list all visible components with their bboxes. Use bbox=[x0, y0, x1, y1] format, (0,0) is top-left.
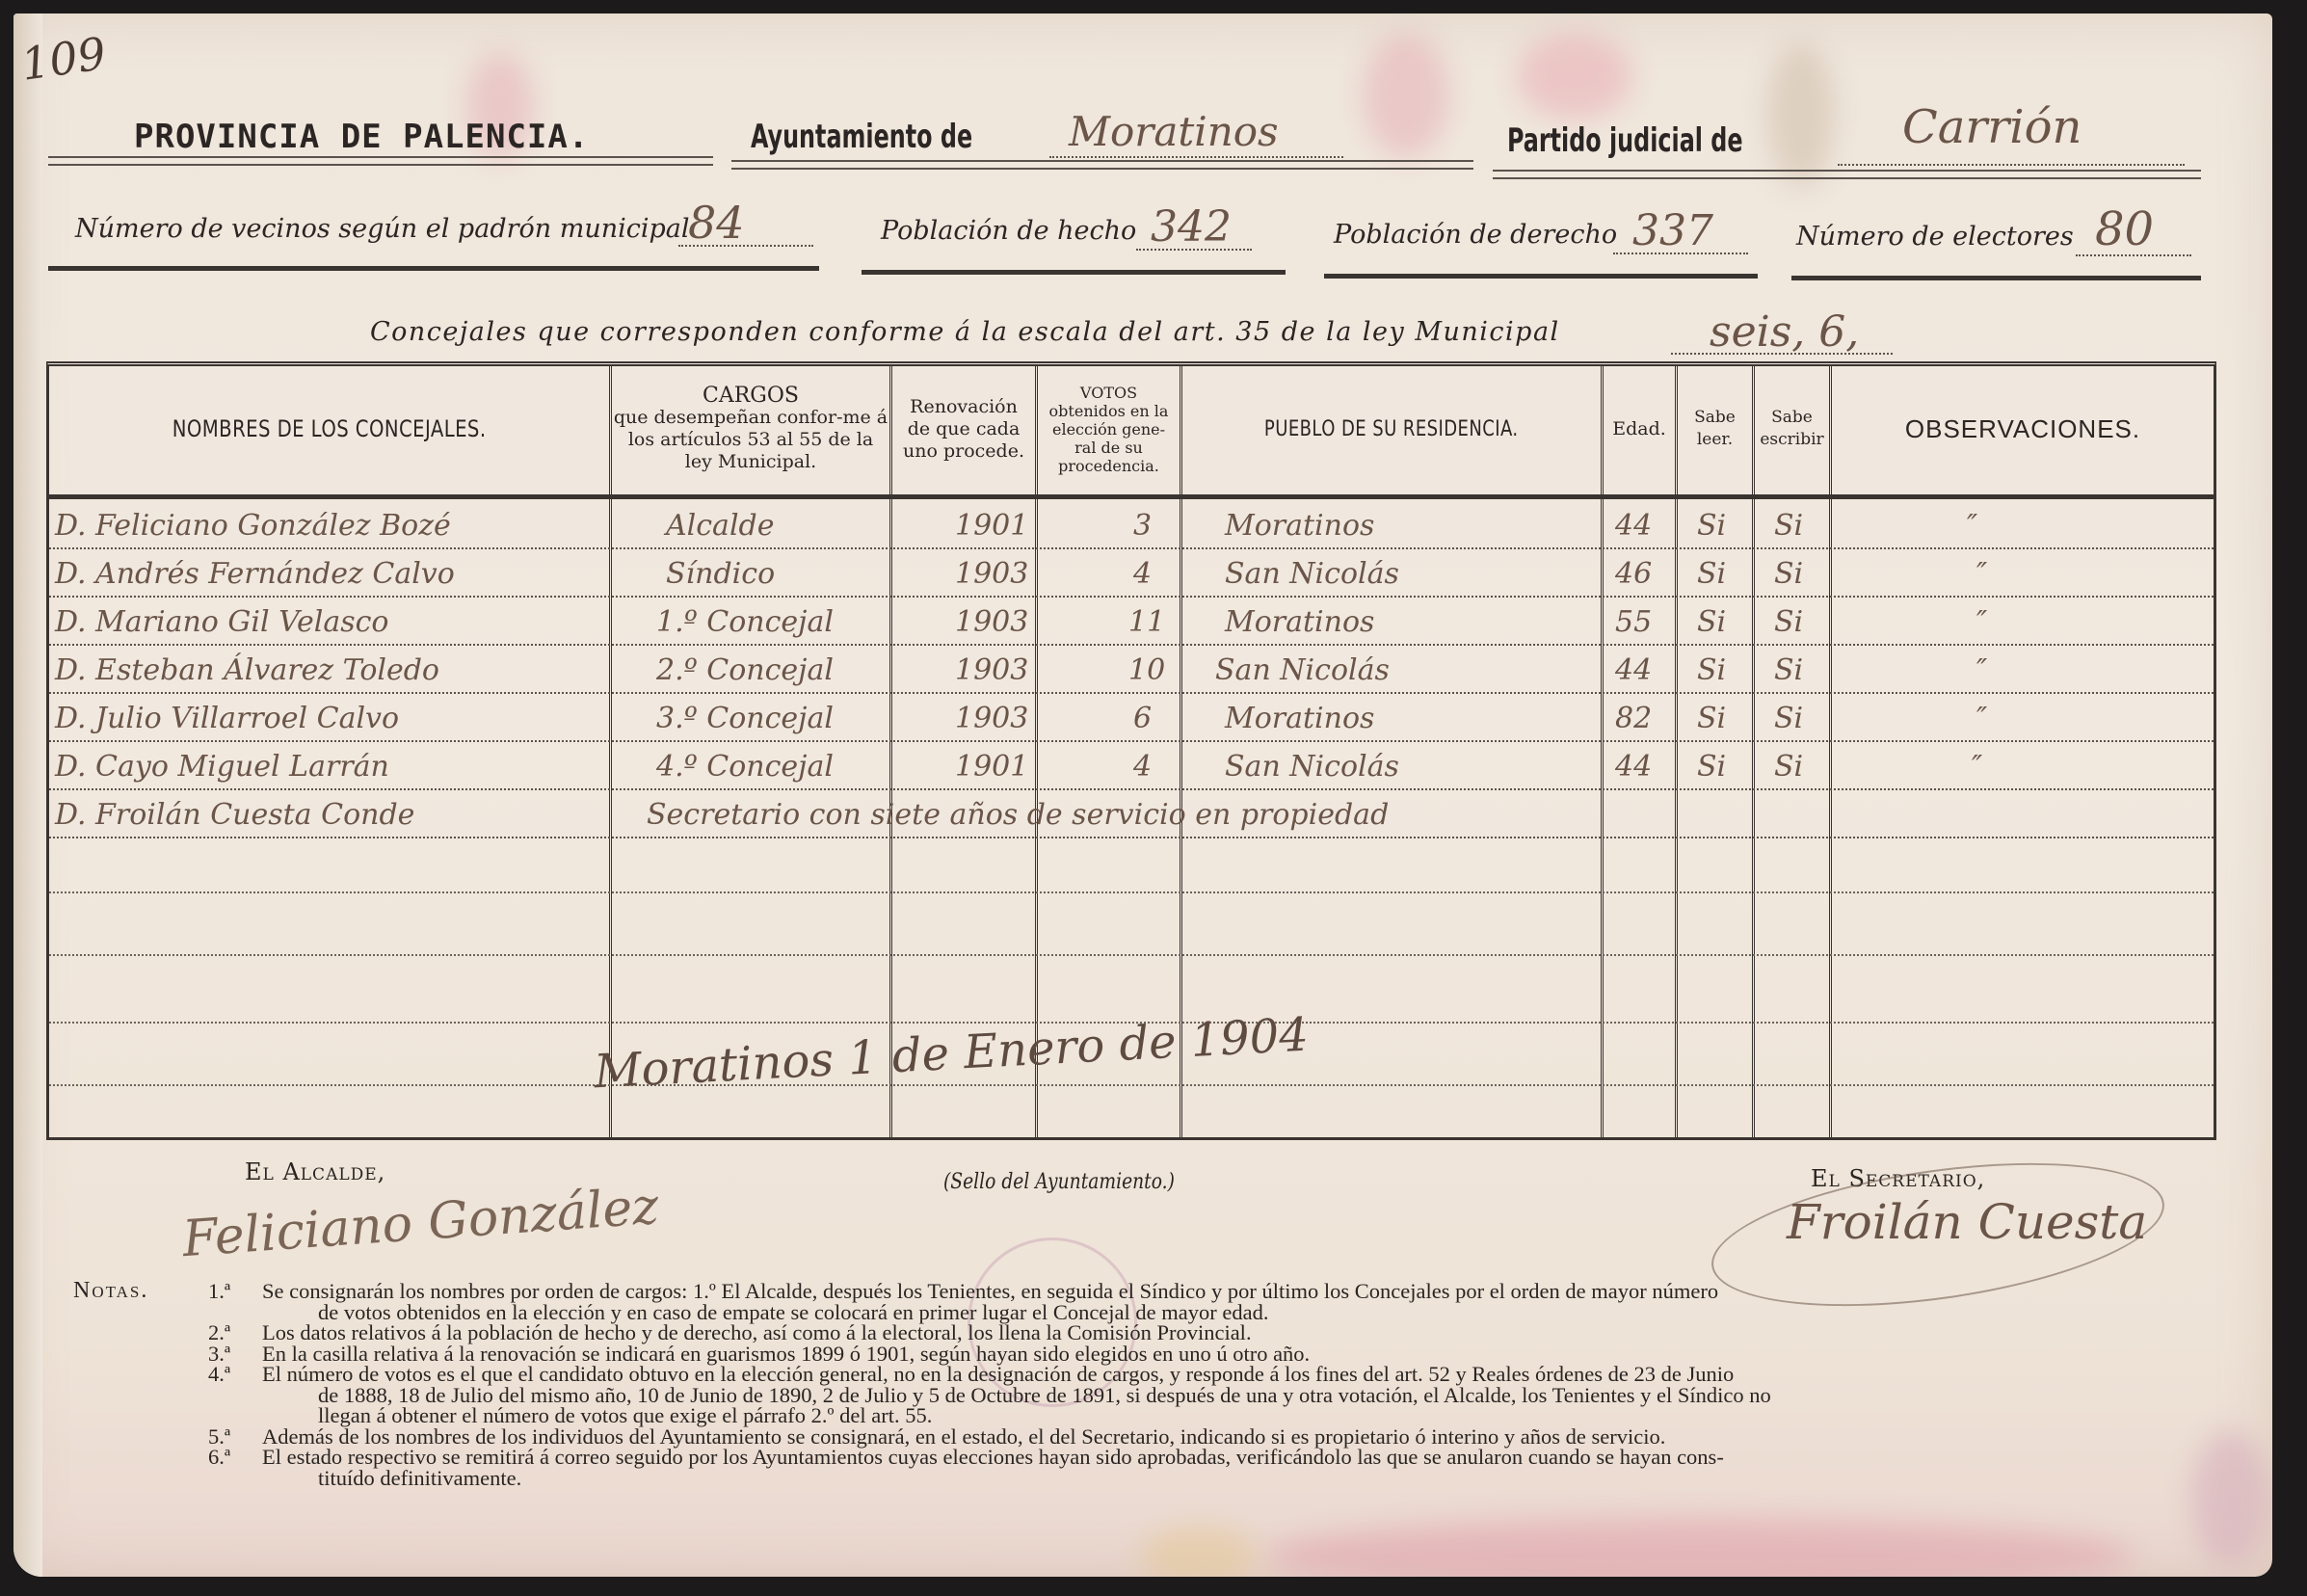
note-text: Los datos relativos á la población de he… bbox=[262, 1322, 2232, 1343]
province-title: PROVINCIA DE PALENCIA. bbox=[134, 118, 589, 156]
header-rule bbox=[49, 494, 2214, 499]
cell-votos: 11 bbox=[1128, 598, 1165, 644]
divider bbox=[1324, 274, 1758, 279]
note-number: 1.ª bbox=[208, 1281, 262, 1302]
cell-cargo: 2.º Concejal bbox=[656, 646, 834, 692]
header-cargos: CARGOS que desempeñan confor-me á los ar… bbox=[612, 366, 889, 492]
header-cargos-sub: que desempeñan confor-me á los artículos… bbox=[612, 407, 889, 473]
cell-cargo: 3.º Concejal bbox=[656, 694, 834, 740]
cell-leer: Si bbox=[1697, 598, 1726, 644]
cell-pueblo: Moratinos bbox=[1225, 598, 1374, 644]
header-votos: VOTOS obtenidos en la elección gene-ral … bbox=[1038, 366, 1180, 492]
cell-escribir: Si bbox=[1774, 646, 1803, 692]
note-text: El número de votos es el que el candidat… bbox=[262, 1364, 2232, 1385]
stain bbox=[1767, 42, 1835, 187]
cell-pueblo: Moratinos bbox=[1225, 501, 1374, 547]
note-6: 6.ª El estado respectivo se remitirá á c… bbox=[73, 1447, 2232, 1468]
header-sabe-leer: Sabe leer. bbox=[1678, 366, 1752, 492]
vecinos-label: Número de vecinos según el padrón munici… bbox=[75, 214, 690, 244]
cell-cargo: 1.º Concejal bbox=[656, 598, 834, 644]
cell-renovacion: 1901 bbox=[955, 742, 1028, 788]
document-page: 109 PROVINCIA DE PALENCIA. Ayuntamiento … bbox=[13, 13, 2272, 1577]
cell-renovacion: 1901 bbox=[955, 501, 1028, 547]
cell-edad: 46 bbox=[1615, 549, 1652, 596]
partido-field bbox=[1838, 164, 2185, 166]
alcalde-signature: Feliciano González bbox=[181, 1178, 661, 1268]
poblacion-derecho-label: Población de derecho bbox=[1334, 220, 1617, 250]
header-observaciones: OBSERVACIONES. bbox=[1832, 366, 2214, 492]
note-number: 6.ª bbox=[208, 1447, 262, 1468]
table-row: D. Cayo Miguel Larrán 4.º Concejal 1901 … bbox=[49, 742, 2214, 790]
concejales-label: Concejales que corresponden conforme á l… bbox=[370, 317, 1560, 347]
cell-votos: 10 bbox=[1128, 646, 1165, 692]
ayuntamiento-field bbox=[1049, 156, 1343, 158]
cell-secretario-note: Secretario con siete años de servicio en… bbox=[647, 790, 1389, 837]
divider bbox=[1493, 170, 2201, 179]
stain bbox=[1517, 33, 1632, 120]
note-5: 5.ª Además de los nombres de los individ… bbox=[73, 1426, 2232, 1448]
cell-renovacion: 1903 bbox=[955, 694, 1028, 740]
cell-pueblo: San Nicolás bbox=[1215, 646, 1390, 692]
cell-nombre: D. Froilán Cuesta Conde bbox=[55, 790, 414, 837]
electores-label: Número de electores bbox=[1796, 222, 2074, 252]
header-cargos-title: CARGOS bbox=[703, 385, 799, 407]
blank-row bbox=[49, 954, 2214, 958]
cell-observaciones: ″ bbox=[1972, 742, 1982, 788]
cell-escribir: Si bbox=[1774, 694, 1803, 740]
cell-escribir: Si bbox=[1774, 598, 1803, 644]
cell-nombre: D. Feliciano González Bozé bbox=[55, 501, 451, 547]
note-2: 2.ª Los datos relativos á la población d… bbox=[73, 1322, 2232, 1343]
cell-nombre: D. Andrés Fernández Calvo bbox=[55, 549, 455, 596]
note-text: Se consignarán los nombres por orden de … bbox=[262, 1281, 2232, 1302]
divider bbox=[48, 266, 819, 271]
cell-leer: Si bbox=[1697, 694, 1726, 740]
cell-observaciones: ″ bbox=[1967, 501, 1977, 547]
header-votos-sub: obtenidos en la elección gene-ral de su … bbox=[1042, 402, 1176, 475]
header-observaciones-text: OBSERVACIONES. bbox=[1905, 418, 2140, 440]
divider bbox=[862, 270, 1286, 275]
table-row: D. Feliciano González Bozé Alcalde 1901 … bbox=[49, 501, 2214, 549]
partido-label: Partido judicial de bbox=[1507, 121, 1743, 160]
cell-pueblo: Moratinos bbox=[1225, 694, 1374, 740]
sello-label: (Sello del Ayuntamiento.) bbox=[943, 1170, 1175, 1194]
poblacion-derecho-value: 337 bbox=[1632, 206, 1713, 255]
cell-votos: 6 bbox=[1133, 694, 1152, 740]
cell-leer: Si bbox=[1697, 646, 1726, 692]
cell-renovacion: 1903 bbox=[955, 598, 1028, 644]
blank-row bbox=[49, 891, 2214, 895]
cell-edad: 55 bbox=[1615, 598, 1652, 644]
notes-section: Notas. 1.ª Se consignarán los nombres po… bbox=[73, 1281, 2232, 1488]
stain bbox=[1141, 1527, 1257, 1577]
table-row: D. Mariano Gil Velasco 1.º Concejal 1903… bbox=[49, 598, 2214, 646]
table-row-secretario: D. Froilán Cuesta Conde Secretario con s… bbox=[49, 790, 2214, 838]
header-pueblo: PUEBLO DE SU RESIDENCIA. bbox=[1182, 366, 1601, 492]
table-row: D. Julio Villarroel Calvo 3.º Concejal 1… bbox=[49, 694, 2214, 742]
cell-escribir: Si bbox=[1774, 742, 1803, 788]
note-text: de 1888, 18 de Julio del mismo año, 10 d… bbox=[73, 1385, 2232, 1406]
divider bbox=[731, 160, 1473, 170]
cell-edad: 82 bbox=[1615, 694, 1652, 740]
cell-observaciones: ″ bbox=[1976, 646, 1987, 692]
ayuntamiento-value: Moratinos bbox=[1069, 108, 1279, 155]
cell-nombre: D. Esteban Álvarez Toledo bbox=[55, 646, 439, 692]
poblacion-hecho-label: Población de hecho bbox=[881, 216, 1136, 246]
note-number: 4.ª bbox=[208, 1364, 262, 1385]
note-number: 2.ª bbox=[208, 1322, 262, 1343]
cell-edad: 44 bbox=[1615, 742, 1652, 788]
cell-observaciones: ″ bbox=[1976, 694, 1987, 740]
cell-pueblo: San Nicolás bbox=[1225, 742, 1399, 788]
header-nombres-text: NOMBRES DE LOS CONCEJALES. bbox=[172, 418, 487, 440]
header-renovacion: Renovación de que cada uno procede. bbox=[892, 366, 1035, 492]
table-row: D. Andrés Fernández Calvo Síndico 1903 4… bbox=[49, 549, 2214, 598]
partido-value: Carrión bbox=[1902, 100, 2082, 154]
cell-votos: 4 bbox=[1133, 549, 1152, 596]
cell-votos: 4 bbox=[1133, 742, 1152, 788]
cell-nombre: D. Cayo Miguel Larrán bbox=[55, 742, 389, 788]
cell-cargo: Síndico bbox=[666, 549, 775, 596]
note-text: El estado respectivo se remitirá á corre… bbox=[262, 1447, 2232, 1468]
concejales-value: seis, 6, bbox=[1710, 307, 1859, 357]
stain bbox=[1266, 1517, 2134, 1577]
divider bbox=[48, 156, 713, 166]
poblacion-hecho-value: 342 bbox=[1151, 202, 1232, 252]
header-pueblo-text: PUEBLO DE SU RESIDENCIA. bbox=[1264, 418, 1519, 440]
cell-observaciones: ″ bbox=[1976, 549, 1987, 596]
header-votos-title: VOTOS bbox=[1080, 384, 1137, 402]
notes-label: Notas. bbox=[73, 1281, 208, 1302]
note-text: tituído definitivamente. bbox=[73, 1468, 2232, 1489]
ayuntamiento-label: Ayuntamiento de bbox=[751, 118, 972, 156]
stain bbox=[1363, 33, 1449, 158]
note-text: Además de los nombres de los individuos … bbox=[262, 1426, 2232, 1448]
divider bbox=[1791, 276, 2201, 280]
cell-renovacion: 1903 bbox=[955, 646, 1028, 692]
cell-escribir: Si bbox=[1774, 501, 1803, 547]
cell-edad: 44 bbox=[1615, 646, 1652, 692]
header-edad: Edad. bbox=[1604, 366, 1675, 492]
note-text: de votos obtenidos en la elección y en c… bbox=[73, 1302, 2232, 1323]
cell-votos: 3 bbox=[1133, 501, 1152, 547]
alcalde-label: El Alcalde, bbox=[245, 1158, 385, 1185]
electores-value: 80 bbox=[2095, 202, 2154, 256]
header-sabe-escribir: Sabe escribir bbox=[1755, 366, 1829, 492]
cell-edad: 44 bbox=[1615, 501, 1652, 547]
page-number: 109 bbox=[18, 27, 109, 91]
note-text: llegan á obtener el número de votos que … bbox=[73, 1405, 2232, 1426]
cell-observaciones: ″ bbox=[1976, 598, 1987, 644]
vecinos-value: 84 bbox=[688, 197, 745, 249]
table-row: D. Esteban Álvarez Toledo 2.º Concejal 1… bbox=[49, 646, 2214, 694]
note-text: En la casilla relativa á la renovación s… bbox=[262, 1343, 2232, 1365]
note-3: 3.ª En la casilla relativa á la renovaci… bbox=[73, 1343, 2232, 1365]
note-number: 3.ª bbox=[208, 1343, 262, 1365]
note-1: Notas. 1.ª Se consignarán los nombres po… bbox=[73, 1281, 2232, 1302]
header-nombres: NOMBRES DE LOS CONCEJALES. bbox=[49, 366, 609, 492]
cell-pueblo: San Nicolás bbox=[1225, 549, 1399, 596]
cell-escribir: Si bbox=[1774, 549, 1803, 596]
cell-leer: Si bbox=[1697, 549, 1726, 596]
note-4: 4.ª El número de votos es el que el cand… bbox=[73, 1364, 2232, 1385]
cell-leer: Si bbox=[1697, 501, 1726, 547]
concejales-table: NOMBRES DE LOS CONCEJALES. CARGOS que de… bbox=[46, 361, 2216, 1140]
blank-row bbox=[49, 1084, 2214, 1088]
cell-leer: Si bbox=[1697, 742, 1726, 788]
cell-cargo: 4.º Concejal bbox=[656, 742, 834, 788]
cell-nombre: D. Julio Villarroel Calvo bbox=[55, 694, 399, 740]
cell-renovacion: 1903 bbox=[955, 549, 1028, 596]
cell-cargo: Alcalde bbox=[666, 501, 775, 547]
cell-nombre: D. Mariano Gil Velasco bbox=[55, 598, 389, 644]
note-number: 5.ª bbox=[208, 1426, 262, 1448]
